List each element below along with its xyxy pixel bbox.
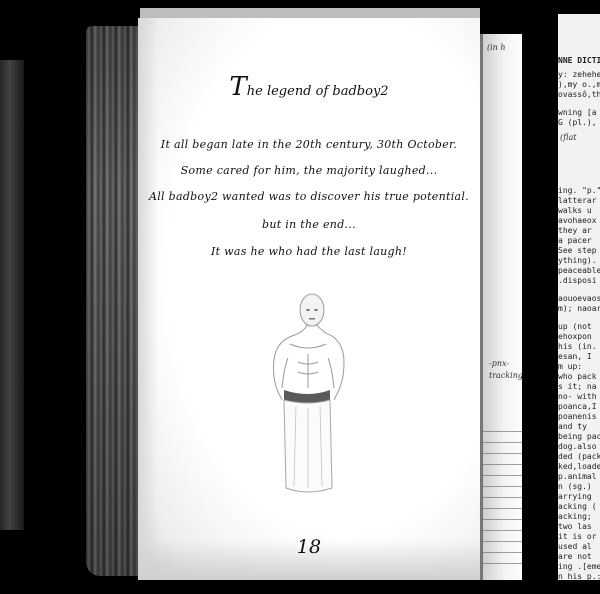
page-title: The legend of badboy2: [138, 72, 480, 102]
dict-line: n his p.:: [558, 572, 600, 580]
dict-line: peaceable: [558, 266, 600, 276]
dictionary-header: NNE DICTION: [558, 56, 600, 66]
dict-line: ked,loade: [558, 462, 600, 472]
dict-line: esan, I: [558, 352, 592, 362]
story-line-2: Some cared for him, the majority laughed…: [138, 164, 480, 177]
handwritten-block: [483, 424, 527, 564]
story-line-5: It was he who had the last laugh!: [138, 245, 480, 258]
dict-line: p.animal: [558, 472, 597, 482]
dict-line: and ty: [558, 422, 587, 432]
dict-line: poanca,I: [558, 402, 597, 412]
dict-line: ing. "p.": [558, 186, 600, 196]
dict-line: wning [a: [558, 108, 597, 118]
dict-line: his (in.: [558, 342, 597, 352]
handwritten-note: tracking: [489, 370, 523, 381]
dict-line: poanenis: [558, 412, 597, 422]
dict-line: arrying: [558, 492, 592, 502]
dict-line: aouoevaos: [558, 294, 600, 304]
dict-line: they ar: [558, 226, 592, 236]
dict-line: are not: [558, 552, 592, 562]
dict-line: no- with: [558, 392, 597, 402]
title-text: he legend of badboy2: [247, 84, 389, 99]
handwritten-note: (flat: [560, 132, 576, 143]
right-page-partial: (in h -pnx- tracking: [480, 34, 527, 580]
dict-line: ),my o.,m: [558, 80, 600, 90]
dict-line: G (pl.),: [558, 118, 597, 128]
dict-line: used al: [558, 542, 592, 552]
dictionary-page: NNE DICTION y: zehehe ),my o.,m ovassô,t…: [558, 14, 600, 580]
dict-line: y: zehehe: [558, 70, 600, 80]
dict-line: ing .[eme: [558, 562, 600, 572]
dict-line: ything).: [558, 256, 597, 266]
dict-line: .disposi: [558, 276, 597, 286]
black-divider-bar: [522, 0, 558, 594]
dict-line: acking (: [558, 502, 597, 512]
dict-line: dog.also: [558, 442, 597, 452]
dict-line: up (not: [558, 322, 592, 332]
dict-line: ded (pack: [558, 452, 600, 462]
dict-line: avohaeox: [558, 216, 597, 226]
dict-line: walks u: [558, 206, 592, 216]
dict-line: two las: [558, 522, 592, 532]
dict-line: it is or: [558, 532, 597, 542]
dict-line: ovassô,th: [558, 90, 600, 100]
dict-line: acking;: [558, 512, 592, 522]
dict-line: a pacer: [558, 236, 592, 246]
dict-line: being pac: [558, 432, 600, 442]
title-initial: T: [229, 72, 246, 102]
dict-line: who pack: [558, 372, 597, 382]
book-spine-shade: [86, 26, 142, 576]
dict-line: ehoxpon: [558, 332, 592, 342]
handwritten-note: -pnx-: [489, 358, 509, 369]
story-line-3: All badboy2 wanted was to discover his t…: [138, 190, 480, 203]
dict-line: m); naoar: [558, 304, 600, 314]
story-line-4: but in the end...: [138, 218, 480, 231]
dict-line: See step: [558, 246, 597, 256]
left-background-strip: [0, 60, 24, 530]
dict-line: m up:: [558, 362, 582, 372]
story-line-1: It all began late in the 20th century, 3…: [138, 138, 480, 151]
dict-line: n (sg.): [558, 482, 592, 492]
page-number: 18: [138, 536, 480, 558]
handwritten-note: (in h: [487, 42, 506, 53]
man-sketch-figure: [268, 288, 348, 496]
bottom-dark-band: [0, 580, 600, 594]
page-left-fade: [138, 18, 158, 580]
dict-line: latterar: [558, 196, 597, 206]
dict-line: s it; na: [558, 382, 597, 392]
